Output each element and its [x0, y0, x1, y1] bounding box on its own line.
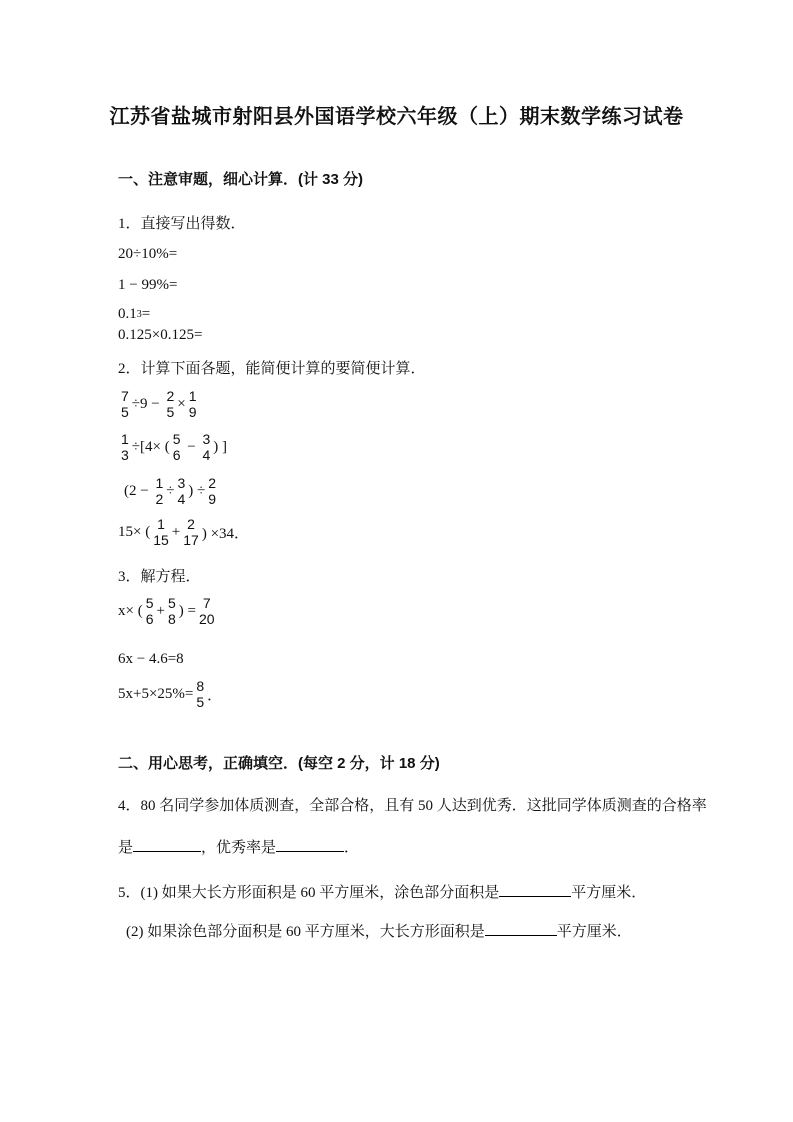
page-title: 江苏省盐城市射阳县外国语学校六年级（上）期末数学练习试卷	[0, 100, 793, 129]
question2-label: 2．计算下面各题，能简便计算的要简便计算．	[118, 357, 426, 378]
q2-expression-2: 13÷[4× (56 − 34) ]	[118, 432, 227, 463]
question5-part2-line: (2) 如果涂色部分面积是 60 平方厘米，大长方形面积是平方厘米．	[126, 920, 632, 941]
fraction: 75	[121, 389, 129, 420]
question5-part1-line: 5．(1) 如果大长方形面积是 60 平方厘米，涂色部分面积是平方厘米．	[118, 881, 646, 902]
q5-part1-suffix: 平方厘米．	[571, 885, 646, 901]
fraction: 25	[167, 389, 175, 420]
question4-text: 4．80 名同学参加体质测查，全部合格，且有 50 人达到优秀．这批同学体质测查…	[118, 794, 707, 815]
q2-expression-1: 75÷9 − 25×19	[118, 389, 200, 420]
q5-part2-suffix: 平方厘米．	[557, 924, 632, 940]
exam-paper-page: 江苏省盐城市射阳县外国语学校六年级（上）期末数学练习试卷 一、注意审题，细心计算…	[0, 0, 793, 1122]
fraction: 85	[196, 679, 204, 710]
blank-underline	[133, 851, 201, 852]
q3-equation-3: 5x+5×25%=85．	[118, 679, 222, 710]
section1-heading: 一、注意审题，细心计算．(计 33 分)	[118, 168, 363, 189]
fraction: 56	[173, 432, 181, 463]
blank-underline	[485, 935, 557, 936]
fraction: 19	[189, 389, 197, 420]
fraction: 34	[203, 432, 211, 463]
blank-underline	[276, 851, 344, 852]
fraction: 217	[183, 517, 199, 548]
fraction: 720	[199, 596, 215, 627]
q5-part2-prefix: (2) 如果涂色部分面积是 60 平方厘米，大长方形面积是	[126, 924, 485, 940]
fraction: 58	[168, 596, 176, 627]
q1-item-1: 20÷10%=	[118, 246, 177, 263]
section2-heading: 二、用心思考，正确填空．(每空 2 分，计 18 分)	[118, 752, 440, 773]
fraction: 29	[208, 476, 216, 507]
fraction: 13	[121, 432, 129, 463]
q3-equation-2: 6x − 4.6=8	[118, 651, 184, 668]
q4-answer-mid: ，优秀率是	[201, 840, 276, 856]
q4-answer-suffix: ．	[344, 840, 359, 856]
blank-underline	[499, 896, 571, 897]
fraction: 115	[153, 517, 169, 548]
q4-answer-prefix: 是	[118, 840, 133, 856]
q5-part1-prefix: 5．(1) 如果大长方形面积是 60 平方厘米，涂色部分面积是	[118, 885, 499, 901]
question3-label: 3．解方程．	[118, 565, 201, 586]
question1-label: 1．直接写出得数．	[118, 212, 246, 233]
q2-expression-4: 15× (115+217) ×34．	[118, 517, 249, 548]
q2-expression-3: (2 − 12÷34) ÷29	[124, 476, 219, 507]
q3-equation-1: x× (56+58) =720	[118, 596, 218, 627]
q1-item-4: 0.125×0.125=	[118, 327, 202, 344]
fraction: 12	[155, 476, 163, 507]
q1-item-2: 1 − 99%=	[118, 277, 177, 294]
question4-answer-line: 是，优秀率是．	[118, 836, 359, 857]
q1-item-3: 0.13=	[118, 306, 150, 323]
fraction: 34	[178, 476, 186, 507]
fraction: 56	[146, 596, 154, 627]
